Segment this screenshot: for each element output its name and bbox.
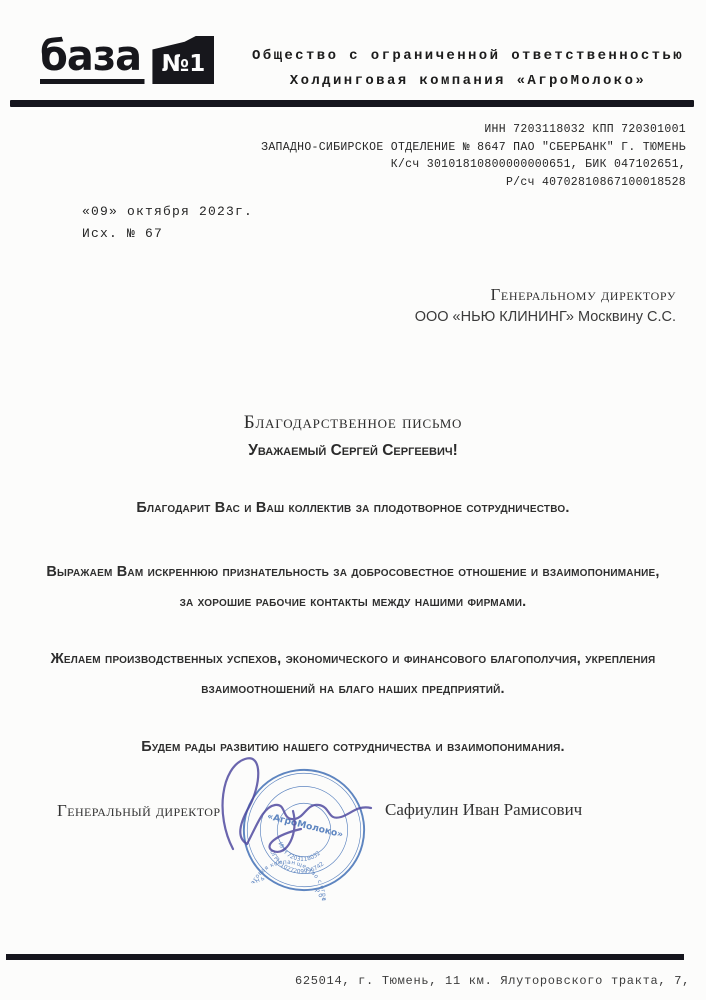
letter-meta: «09» октября 2023г. Исх. № 67 — [82, 201, 253, 245]
body-paragraph-1: Благодарит Вас и Ваш коллектив за плодот… — [43, 493, 663, 523]
salutation: Уважаемый Сергей Сергеевич! — [0, 438, 706, 464]
requisites-bank: ЗАПАДНО-СИБИРСКОЕ ОТДЕЛЕНИЕ № 8647 ПАО "… — [261, 139, 686, 157]
recipient-block: Генеральному директору ООО «НЬЮ КЛИНИНГ»… — [415, 283, 676, 329]
letter-page: база №1 Общество с ограниченной ответств… — [0, 0, 706, 1000]
bank-requisites: ИНН 7203118032 КПП 720301001 ЗАПАДНО-СИБ… — [261, 121, 686, 191]
footer-divider — [6, 954, 684, 960]
logo-wordmark: база — [40, 34, 145, 84]
requisites-inn-kpp: ИНН 7203118032 КПП 720301001 — [261, 121, 686, 139]
header-divider — [10, 100, 694, 107]
title-block: Благодарственное письмо Уважаемый Сергей… — [0, 410, 706, 464]
company-logo: база №1 — [40, 34, 214, 84]
letter-title: Благодарственное письмо — [0, 410, 706, 436]
requisites-corr-account: К/сч 30101810800000000651, БИК 047102651… — [261, 156, 686, 174]
signer-position-label: Генеральный директор — [57, 801, 220, 821]
letter-date: «09» октября 2023г. — [82, 201, 253, 223]
signature-scribble-icon — [205, 745, 395, 875]
company-name-line2: Холдинговая компания «АгроМолоко» — [240, 69, 696, 94]
company-name-line1: Общество с ограниченной ответственностью — [240, 44, 696, 69]
recipient-company-person: ООО «НЬЮ КЛИНИНГ» Москвину С.С. — [415, 306, 676, 329]
recipient-position: Генеральному директору — [415, 283, 676, 306]
requisites-settlement-account: Р/сч 40702810867100018528 — [261, 174, 686, 192]
outgoing-number: Исх. № 67 — [82, 223, 253, 245]
signer-name: Сафиулин Иван Рамисович — [385, 800, 582, 820]
body-paragraph-3: Желаем производственных успехов, экономи… — [43, 644, 663, 704]
body-paragraph-2: Выражаем Вам искреннюю признательность з… — [43, 557, 663, 617]
logo-number-badge: №1 — [152, 36, 214, 84]
footer-address: 625014, г. Тюмень, 11 км. Ялуторовского … — [295, 974, 690, 988]
company-name: Общество с ограниченной ответственностью… — [240, 44, 696, 94]
